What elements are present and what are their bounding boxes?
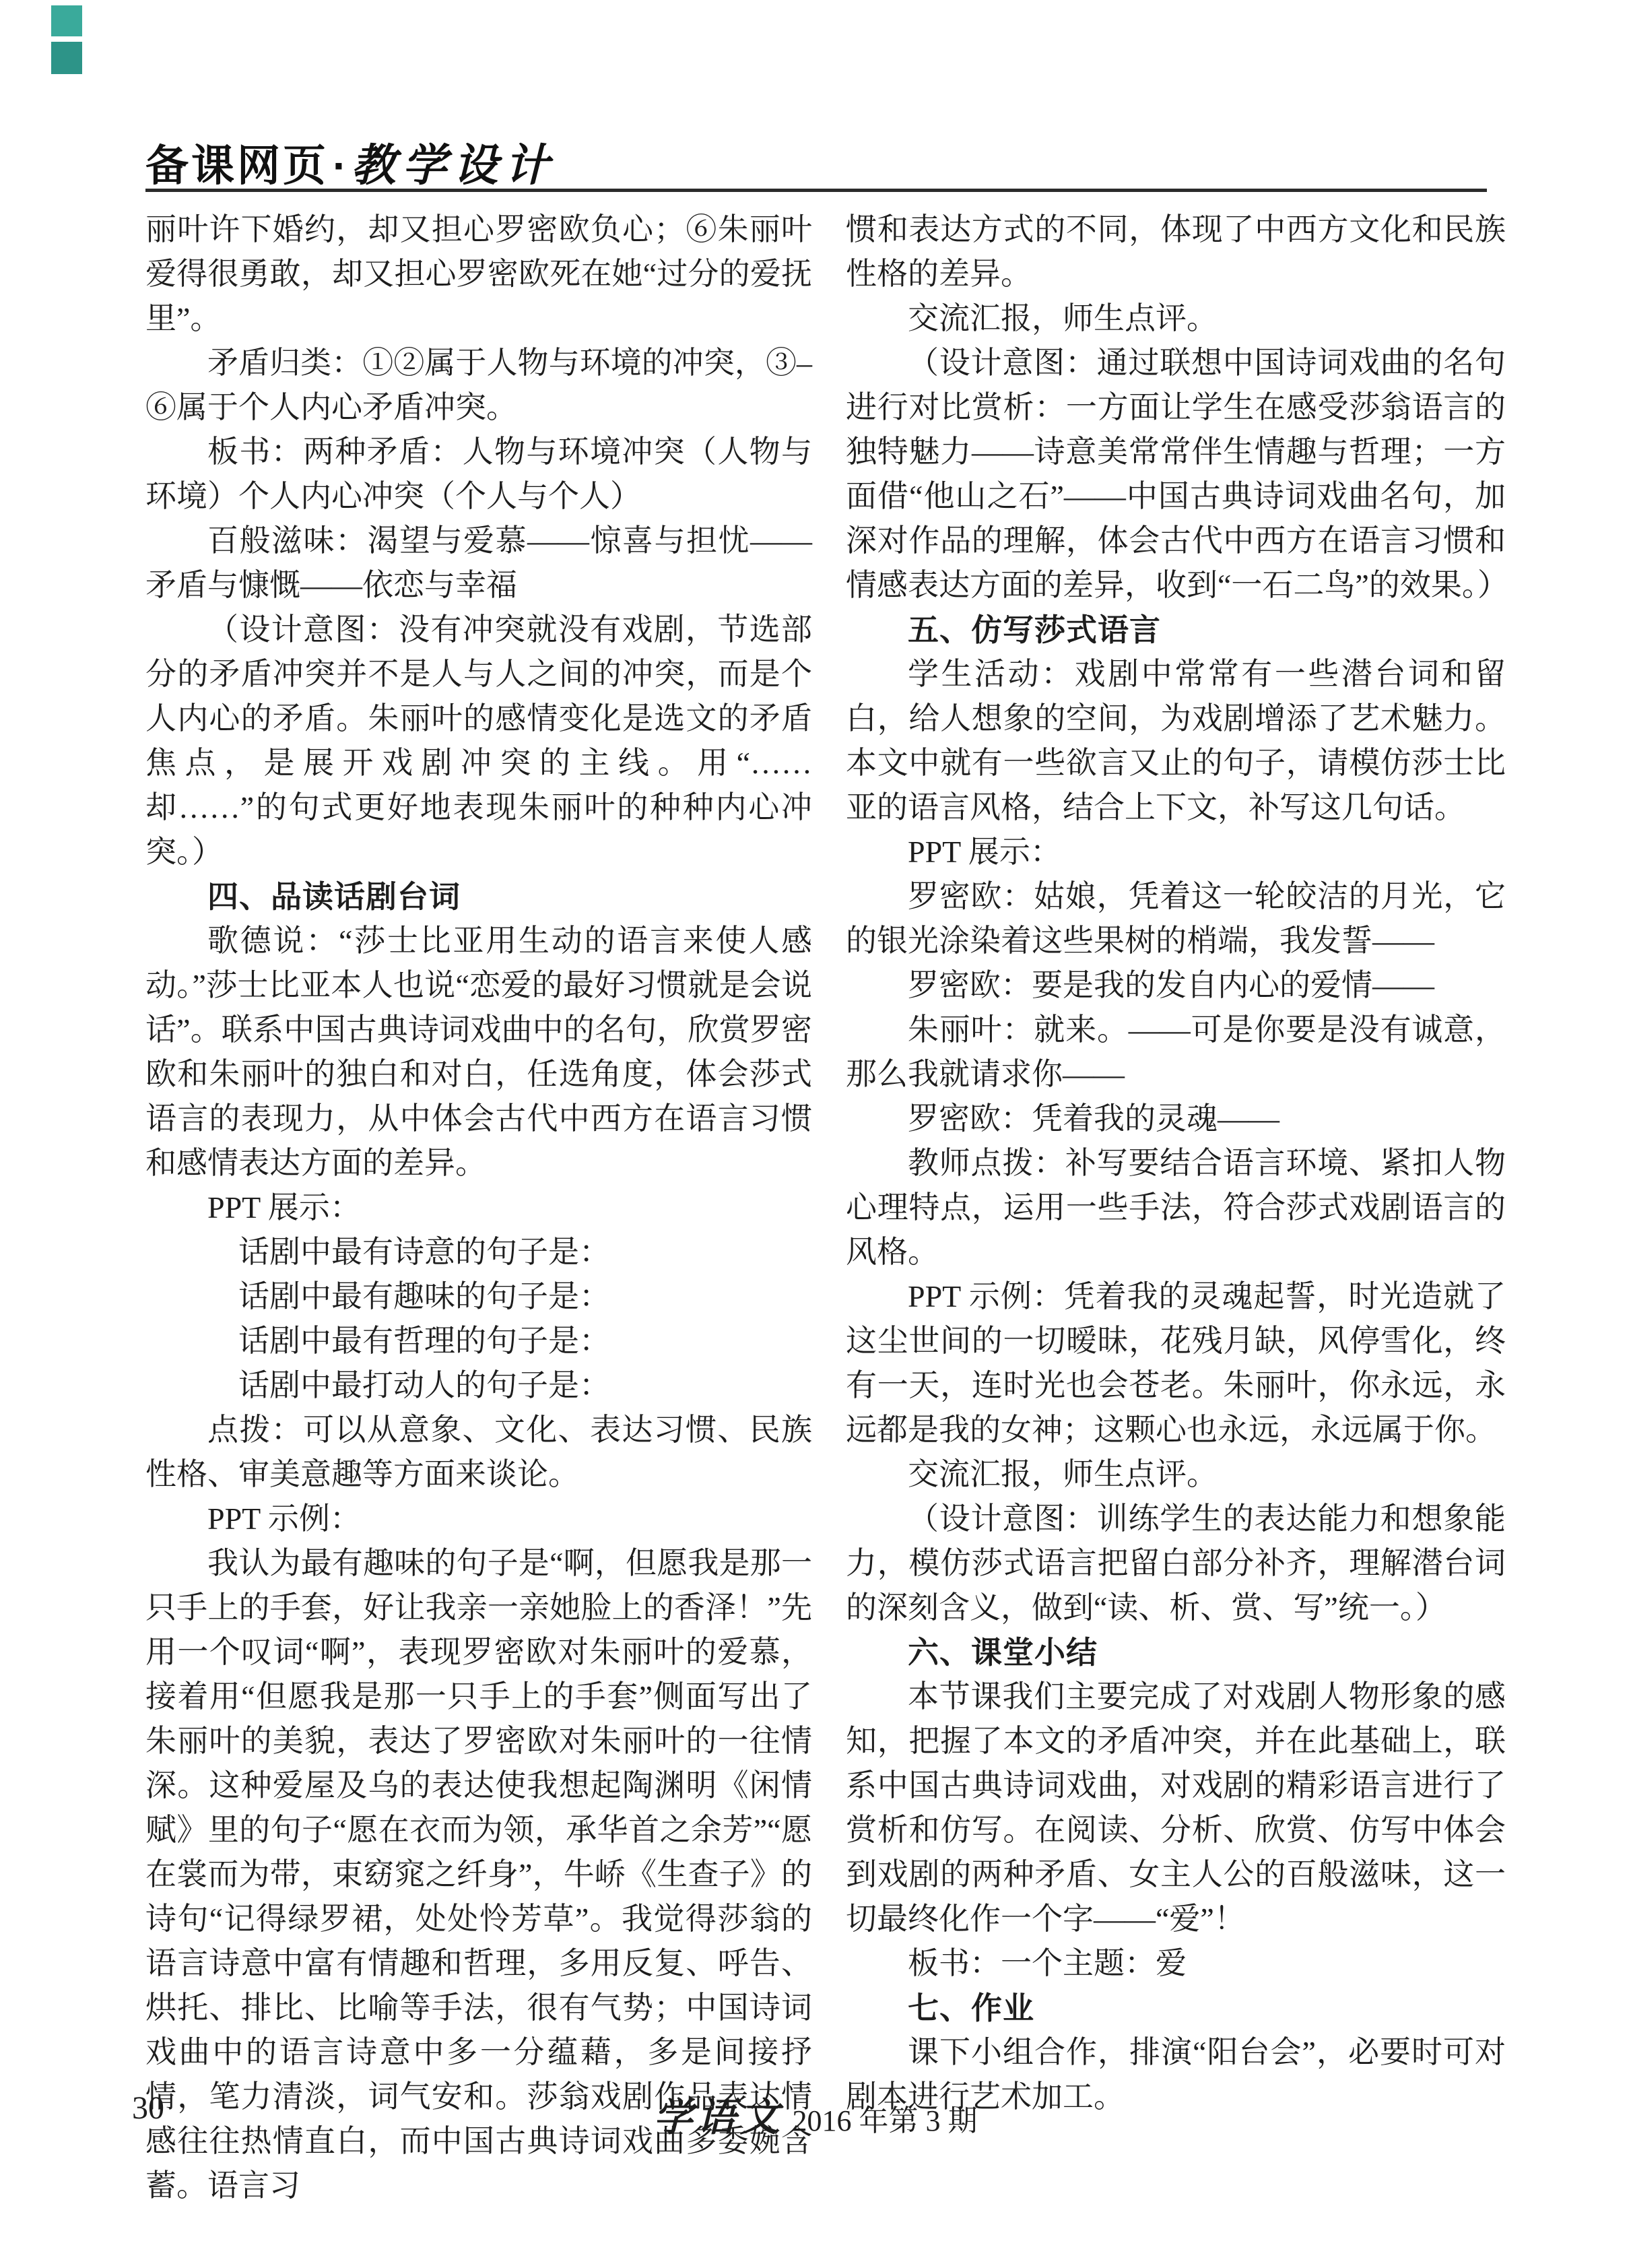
paragraph: 丽叶许下婚约，却又担心罗密欧负心；⑥朱丽叶爱得很勇敢，却又担心罗密欧死在她“过分…	[145, 207, 812, 341]
paragraph: 教师点拨：补写要结合语言环境、紧扣人物心理特点，运用一些手法，符合莎式戏剧语言的…	[846, 1141, 1506, 1274]
paragraph: 交流汇报，师生点评。	[846, 1452, 1506, 1497]
corner-mark-bottom	[51, 42, 82, 74]
paragraph: 歌德说：“莎士比亚用生动的语言来使人感动。”莎士比亚本人也说“恋爱的最好习惯就是…	[145, 919, 812, 1186]
paragraph: 矛盾归类：①②属于人物与环境的冲突，③–⑥属于个人内心矛盾冲突。	[145, 341, 812, 430]
paragraph: 话剧中最打动人的句子是：	[145, 1363, 812, 1408]
paragraph: 话剧中最有诗意的句子是：	[145, 1230, 812, 1274]
paragraph: 罗密欧：姑娘，凭着这一轮皎洁的月光，它的银光涂染着这些果树的梢端，我发誓——	[846, 874, 1506, 963]
right-column: 惯和表达方式的不同，体现了中西方文化和民族性格的差异。交流汇报，师生点评。（设计…	[846, 207, 1506, 2119]
paragraph: （设计意图：没有冲突就没有戏剧，节选部分的矛盾冲突并不是人与人之间的冲突，而是个…	[145, 608, 812, 874]
subsection-title: 教学设计	[351, 141, 556, 191]
page-footer: 30 学语文2016 年第 3 期	[0, 2085, 1631, 2139]
paragraph: 交流汇报，师生点评。	[846, 296, 1506, 341]
paragraph: PPT 示例：凭着我的灵魂起誓，时光造就了这尘世间的一切暧昧，花残月缺，风停雪化…	[846, 1274, 1506, 1452]
corner-mark-top	[51, 5, 82, 36]
header-rule	[145, 189, 1487, 192]
paragraph: 百般滋味：渴望与爱慕——惊喜与担忧——矛盾与慷慨——依恋与幸福	[145, 519, 812, 608]
section-heading: 五、仿写莎式语言	[846, 608, 1506, 652]
paragraph: 板书：两种矛盾：人物与环境冲突（人物与环境）个人内心冲突（个人与个人）	[145, 430, 812, 519]
journal-page: 备课网页·教学设计 丽叶许下婚约，却又担心罗密欧负心；⑥朱丽叶爱得很勇敢，却又担…	[0, 0, 1631, 2268]
paragraph: 板书：一个主题：爱	[846, 1941, 1506, 1986]
paragraph: 罗密欧：凭着我的灵魂——	[846, 1097, 1506, 1141]
section-heading: 六、课堂小结	[846, 1630, 1506, 1675]
paragraph: PPT 展示：	[846, 830, 1506, 874]
paragraph: 话剧中最有哲理的句子是：	[145, 1319, 812, 1363]
paragraph: （设计意图：训练学生的表达能力和想象能力，模仿莎式语言把留白部分补齐，理解潜台词…	[846, 1497, 1506, 1630]
page-header: 备课网页·教学设计	[145, 129, 1487, 194]
journal-imprint: 学语文2016 年第 3 期	[0, 2085, 1631, 2142]
section-heading: 四、品读话剧台词	[145, 874, 812, 919]
left-column: 丽叶许下婚约，却又担心罗密欧负心；⑥朱丽叶爱得很勇敢，却又担心罗密欧死在她“过分…	[145, 207, 812, 2208]
paragraph: （设计意图：通过联想中国诗词戏曲的名句进行对比赏析：一方面让学生在感受莎翁语言的…	[846, 341, 1506, 608]
paragraph: 话剧中最有趣味的句子是：	[145, 1274, 812, 1319]
journal-name: 学语文	[653, 2096, 783, 2139]
section-heading: 七、作业	[846, 1986, 1506, 2030]
section-title: 备课网页	[145, 141, 329, 190]
paragraph: 罗密欧：要是我的发自内心的爱情——	[846, 963, 1506, 1008]
paragraph: 本节课我们主要完成了对戏剧人物形象的感知，把握了本文的矛盾冲突，并在此基础上，联…	[846, 1675, 1506, 1941]
paragraph: 惯和表达方式的不同，体现了中西方文化和民族性格的差异。	[846, 207, 1506, 296]
paragraph: 点拨：可以从意象、文化、表达习惯、民族性格、审美意趣等方面来谈论。	[145, 1408, 812, 1497]
header-separator-dot: ·	[329, 141, 351, 190]
paragraph: 学生活动：戏剧中常常有一些潜台词和留白，给人想象的空间，为戏剧增添了艺术魅力。本…	[846, 652, 1506, 830]
paragraph: PPT 展示：	[145, 1186, 812, 1230]
paragraph: PPT 示例：	[145, 1497, 812, 1541]
paragraph: 朱丽叶：就来。——可是你要是没有诚意，那么我就请求你——	[846, 1008, 1506, 1097]
journal-issue: 2016 年第 3 期	[793, 2104, 978, 2137]
